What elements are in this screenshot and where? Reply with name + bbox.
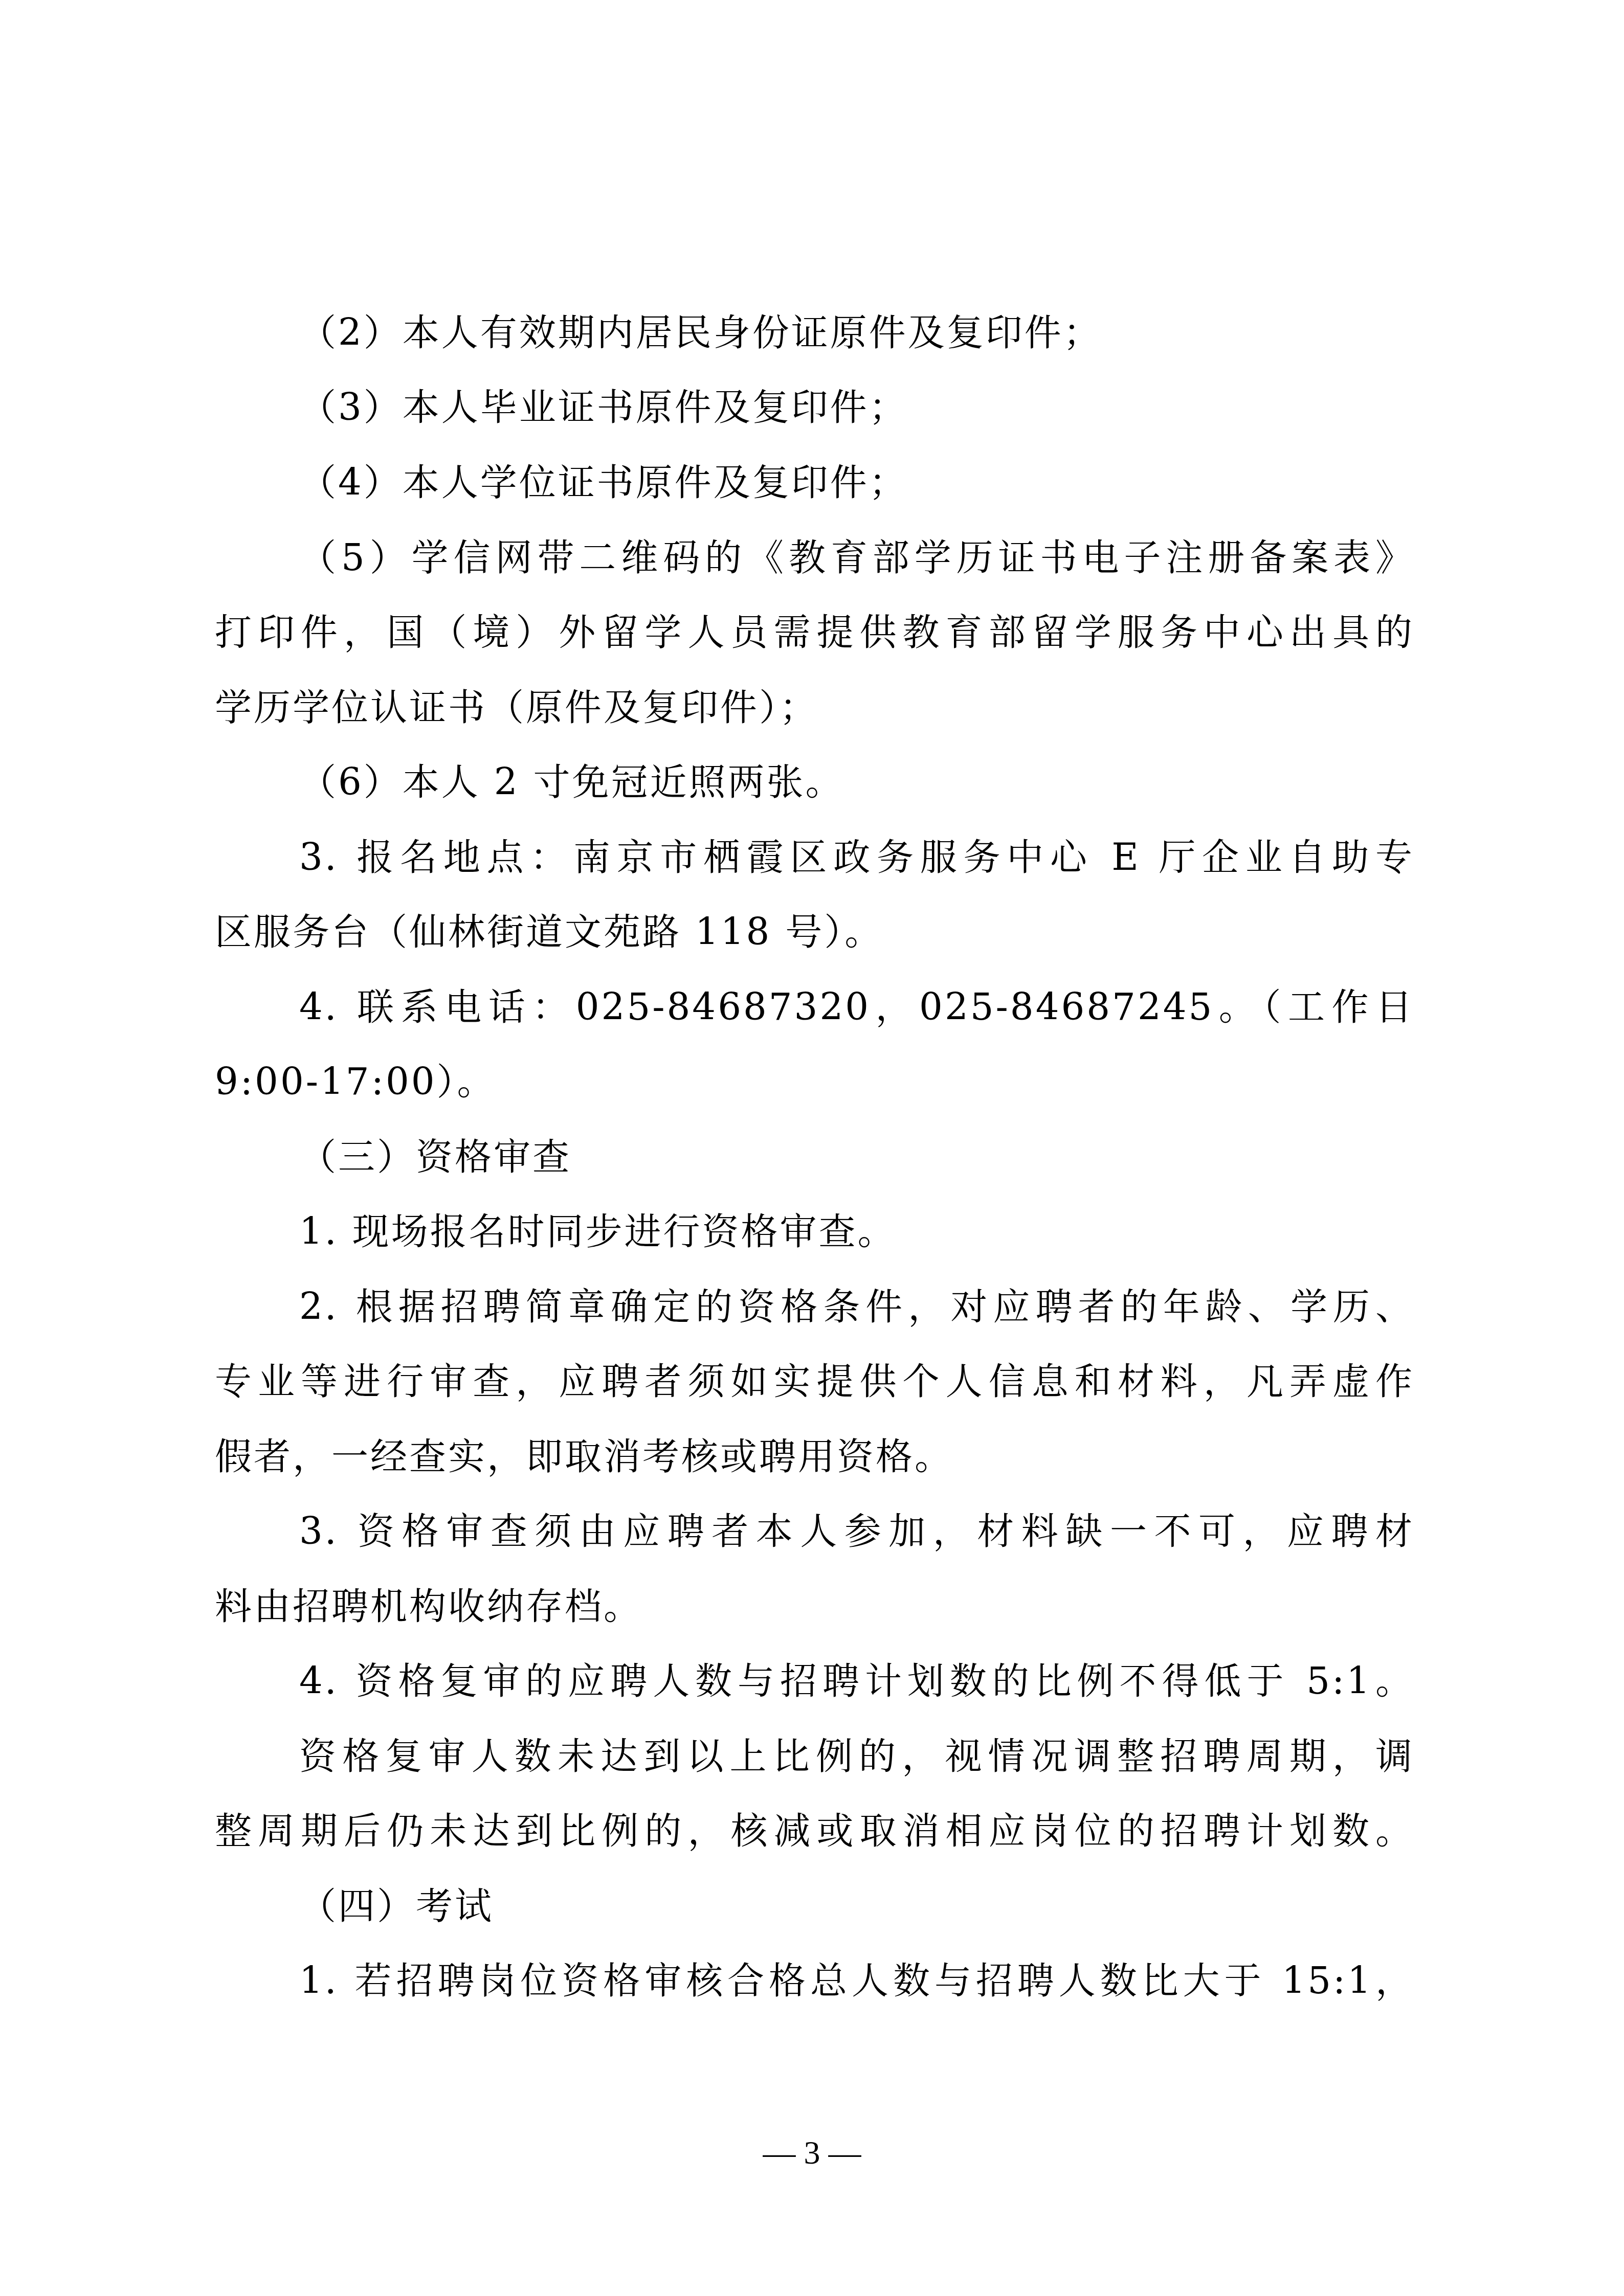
paragraph-line: 9:00-17:00）。 [215, 1056, 1414, 1107]
paragraph-line: 料由招聘机构收纳存档。 [215, 1581, 1414, 1632]
paragraph-line: （5）学信网带二维码的《教育部学历证书电子注册备案表》 [299, 532, 1414, 583]
paragraph-line: 资格复审人数未达到以上比例的，视情况调整招聘周期，调 [299, 1730, 1414, 1782]
paragraph-line: 区服务台（仙林街道文苑路 118 号）。 [215, 906, 1414, 957]
paragraph-line: 4. 联系电话：025-84687320，025-84687245。（工作日 [299, 981, 1414, 1032]
section-heading: （四）考试 [299, 1880, 1414, 1931]
paragraph-line: 1. 若招聘岗位资格审核合格总人数与招聘人数比大于 15:1， [299, 1955, 1414, 2006]
page-number: — 3 — [0, 2132, 1624, 2173]
paragraph-line: 3. 资格审查须由应聘者本人参加，材料缺一不可，应聘材 [299, 1505, 1414, 1557]
paragraph-line: 整周期后仍未达到比例的，核减或取消相应岗位的招聘计划数。 [215, 1805, 1414, 1856]
paragraph-line: （6）本人 2 寸免冠近照两张。 [299, 756, 1414, 807]
document-page: （2）本人有效期内居民身份证原件及复印件； （3）本人毕业证书原件及复印件； （… [0, 0, 1624, 2296]
paragraph-line: （4）本人学位证书原件及复印件； [299, 457, 1414, 508]
paragraph-line: （2）本人有效期内居民身份证原件及复印件； [299, 307, 1414, 358]
paragraph-line: 专业等进行审查，应聘者须如实提供个人信息和材料，凡弄虚作 [215, 1356, 1414, 1407]
paragraph-line: 1. 现场报名时同步进行资格审查。 [299, 1206, 1414, 1257]
paragraph-line: 学历学位认证书（原件及复印件）； [215, 682, 1414, 733]
paragraph-line: （3）本人毕业证书原件及复印件； [299, 381, 1414, 433]
paragraph-line: 3. 报名地点：南京市栖霞区政务服务中心 E 厅企业自助专 [299, 831, 1414, 883]
section-heading: （三）资格审查 [299, 1131, 1414, 1182]
paragraph-line: 打印件，国（境）外留学人员需提供教育部留学服务中心出具的 [215, 606, 1414, 658]
paragraph-line: 4. 资格复审的应聘人数与招聘计划数的比例不得低于 5:1。 [299, 1655, 1414, 1706]
paragraph-line: 假者，一经查实，即取消考核或聘用资格。 [215, 1431, 1414, 1482]
paragraph-line: 2. 根据招聘简章确定的资格条件，对应聘者的年龄、学历、 [299, 1281, 1414, 1332]
